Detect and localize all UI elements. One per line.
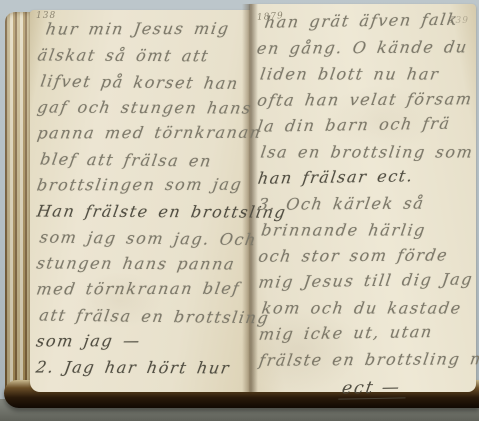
handwriting-line: att frälsa en brottsling <box>37 302 250 331</box>
handwriting-line: liden blott nu har <box>258 62 476 88</box>
handwriting-line: mig Jesus till dig Jag <box>257 266 479 295</box>
right-page-handwriting: han grät äfven falken gång. O kände duli… <box>257 8 478 374</box>
handwriting-line: brinnande härlig <box>259 218 477 244</box>
handwriting-line: älskat så ömt att <box>36 42 252 69</box>
handwriting-line: gaf och stungen hans <box>35 94 251 121</box>
left-page-handwriting: hur min Jesus migälskat så ömt attlifvet… <box>36 16 250 381</box>
handwriting-line: han frälsar ect. <box>256 162 478 191</box>
handwriting-line: han grät äfven falk <box>263 6 477 35</box>
handwriting-line: lifvet på korset han <box>39 68 252 97</box>
handwriting-line: Han frälste en brottsling <box>35 198 251 225</box>
handwriting-line: hur min Jesus mig <box>44 16 252 43</box>
handwriting-line: la din barn och frä <box>256 110 478 139</box>
handwriting-line: som jag — <box>34 328 250 355</box>
handwriting-line: ofta han velat försam <box>255 86 477 114</box>
handwriting-line: med törnkranan blef <box>35 276 251 303</box>
handwriting-line: panna med törnkranan <box>35 120 251 147</box>
notebook-photo: 138 1879 139 hur min Jesus migälskat så … <box>0 0 479 421</box>
page-edges-stack <box>5 12 33 404</box>
handwriting-line: frälste en brottsling mig <box>257 346 479 374</box>
handwriting-line: stungen hans panna <box>35 250 251 277</box>
handwriting-line: 2. Jag har hört hur <box>34 354 250 381</box>
ect-closing-mark: ect — <box>338 377 408 399</box>
handwriting-line: och stor som förde <box>256 242 478 270</box>
handwriting-line: mig icke ut, utan <box>257 318 479 347</box>
handwriting-line: en gång. O kände du <box>255 34 477 62</box>
handwriting-line: 3. Och kärlek så <box>256 190 478 218</box>
handwriting-line: blef att frälsa en <box>38 146 251 175</box>
handwriting-line: som jag som jag. Och <box>38 224 251 253</box>
handwriting-line: brottslingen som jag <box>35 172 251 199</box>
